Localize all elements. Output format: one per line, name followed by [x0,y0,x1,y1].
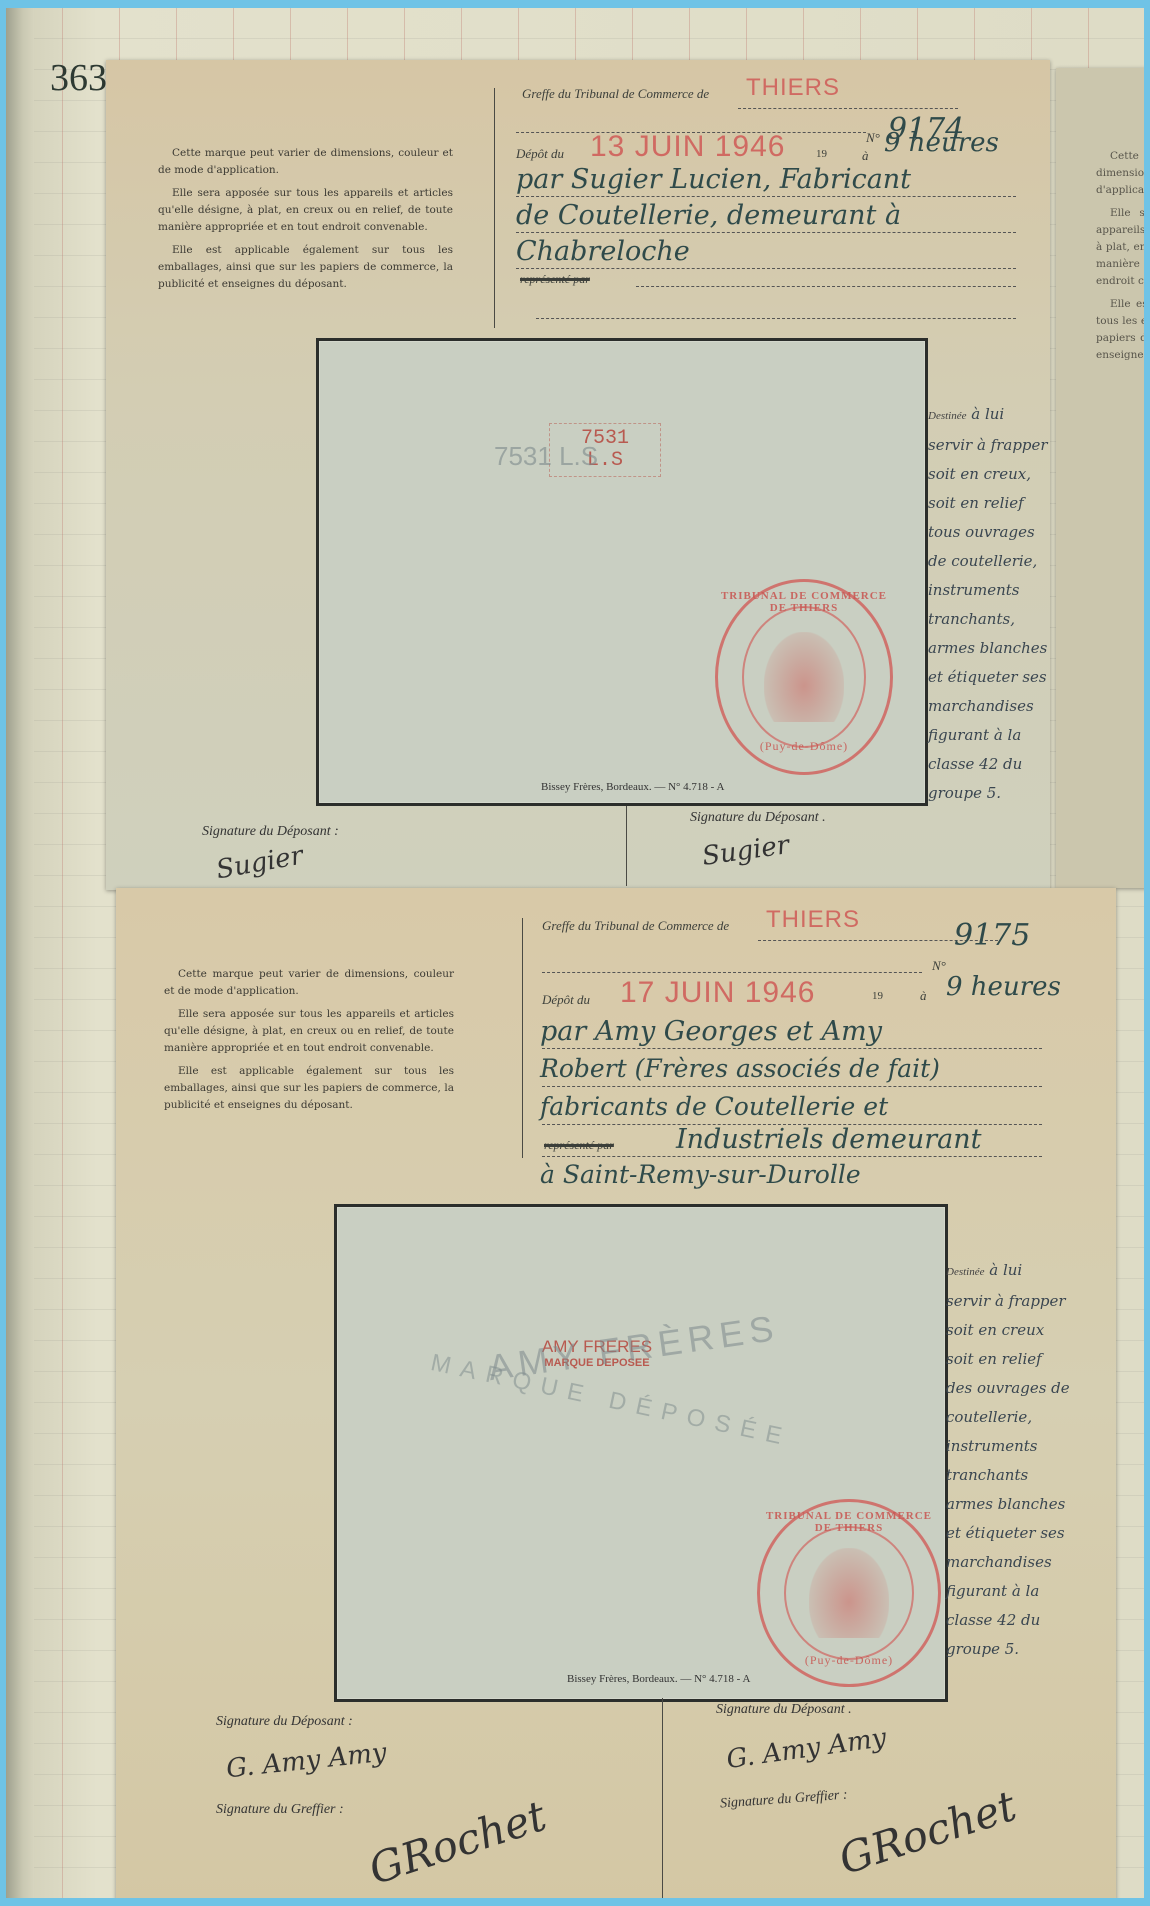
number-label: N° [866,130,880,146]
court-seal: TRIBUNAL DE COMMERCE DE THIERS (Puy-de-D… [757,1499,941,1687]
signature-greffier-right: GRochet [833,1781,1022,1884]
seal-figure-icon [764,632,844,722]
applicant-line: Chabreloche [516,236,690,267]
printer-credit: Bissey Frères, Bordeaux. — N° 4.718 - A [567,1673,750,1685]
adjacent-sheet: Cette marque peut varier de dimensions, … [1056,68,1144,888]
deposit-time: 9 heures [884,128,999,158]
trademark-box: 7531 L.S 7531 L.S TRIBUNAL DE COMMERCE D… [316,338,928,806]
destination-text: Destinée à lui servir à frapper soit en … [946,1256,1070,1664]
book-spine [6,8,34,1898]
date-stamp: 13 JUIN 1946 [590,130,785,164]
divider [494,88,495,328]
signature-greffier-label-right: Signature du Greffier : [720,1788,848,1813]
page-number: 363 [50,56,107,100]
signature-deposant: G. Amy Amy [225,1738,388,1785]
pencil-mark: 7531 L.S [494,441,598,472]
date-stamp: 17 JUIN 1946 [620,976,815,1010]
represente-label: représenté par [520,272,590,287]
destination-text: Destinée à lui servir à frapper soit en … [928,400,1048,808]
registration-form: Greffe du Tribunal de Commerce de THIERS… [506,60,1046,340]
deposit-time: 9 heures [946,972,1061,1002]
divider [522,918,523,1158]
greffe-label: Greffe du Tribunal de Commerce de [522,86,709,102]
seal-figure-icon [809,1548,889,1638]
trademark-box: AMY FRERES MARQUE DEPOSEE AMY FRÈRES MAR… [334,1204,948,1702]
applicant-line: par Amy Georges et Amy [540,1016,882,1047]
signature-deposant-label: Signature du Déposant : [202,824,339,840]
printer-credit: Bissey Frères, Bordeaux. — N° 4.718 - A [541,781,724,793]
signature-greffier-label: Signature du Greffier : [216,1802,344,1818]
signature-deposant-label-right: Signature du Déposant . [690,810,826,826]
signature-greffier: GRochet [363,1791,552,1894]
tribunal-stamp: THIERS [766,906,860,934]
registration-form: Greffe du Tribunal de Commerce de THIERS… [536,888,1116,1168]
greffe-label: Greffe du Tribunal de Commerce de [542,918,729,934]
photo-frame: 363 Cette marque peut varier de dimensio… [6,8,1144,1898]
instructions-text: Cette marque peut varier de dimensions, … [164,966,454,1120]
court-seal: TRIBUNAL DE COMMERCE DE THIERS (Puy-de-D… [715,579,893,775]
record-number: 9175 [954,918,1030,953]
applicant-line: Industriels demeurant [676,1124,982,1155]
signature-deposant: Sugier [214,841,305,886]
adjacent-instructions: Cette marque peut varier de dimensions, … [1096,148,1144,370]
applicant-line: par Sugier Lucien, Fabricant [516,164,911,195]
signature-deposant-right: G. Amy Amy [725,1723,888,1775]
signature-deposant-label: Signature du Déposant : [216,1714,353,1730]
applicant-line: fabricants de Coutellerie et [540,1092,888,1121]
record-sheet-2: Cette marque peut varier de dimensions, … [116,888,1116,1898]
applicant-line: de Coutellerie, demeurant à [516,200,901,231]
signature-deposant-right: Sugier [700,830,791,872]
instructions-text: Cette marque peut varier de dimensions, … [158,145,453,299]
depot-label: Dépôt du [516,146,564,162]
tribunal-stamp: THIERS [746,74,840,102]
signature-deposant-label-right: Signature du Déposant . [716,1702,852,1718]
applicant-line: à Saint-Remy-sur-Durolle [540,1160,861,1189]
record-sheet-1: Cette marque peut varier de dimensions, … [106,60,1050,890]
applicant-line: Robert (Frères associés de fait) [540,1054,940,1083]
depot-label: Dépôt du [542,992,590,1008]
represente-label: représenté par [544,1138,614,1153]
number-label: N° [932,958,946,974]
